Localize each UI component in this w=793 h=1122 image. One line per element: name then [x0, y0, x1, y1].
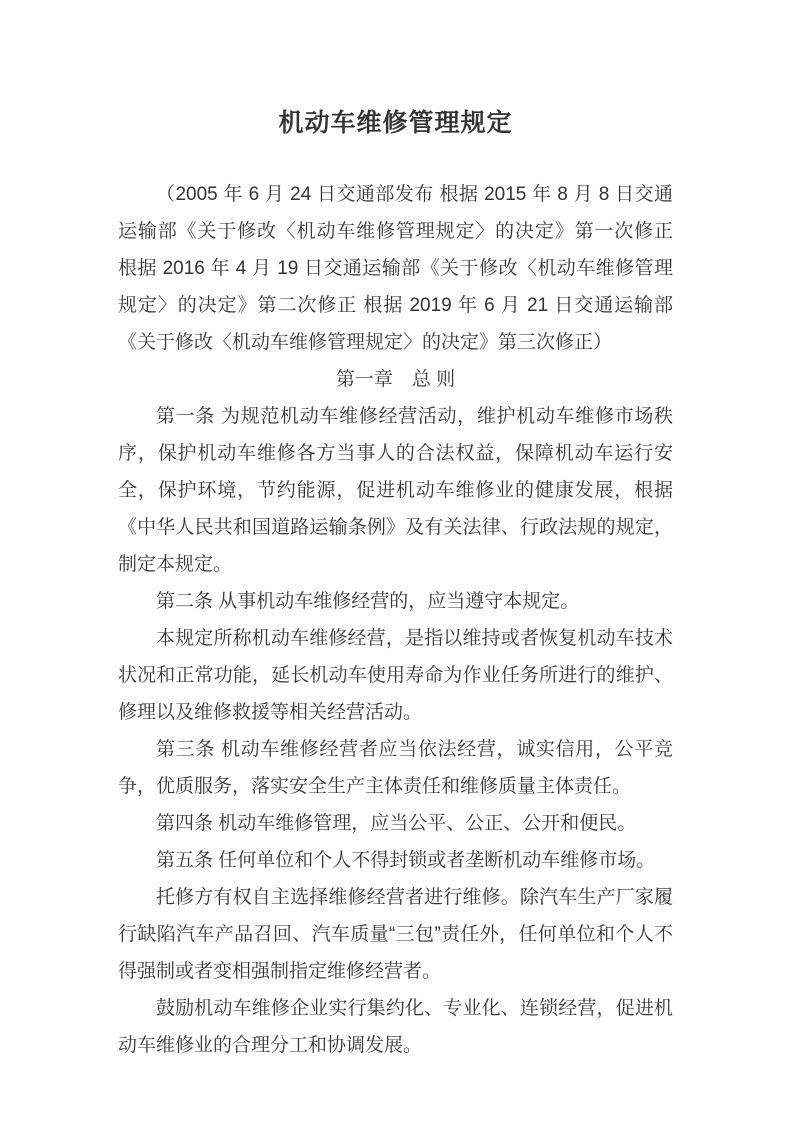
body-paragraph-article-5: 第五条 任何单位和个人不得封锁或者垄断机动车维修市场。: [118, 842, 673, 879]
preamble-paragraph: （2005 年 6 月 24 日交通部发布 根据 2015 年 8 月 8 日交…: [118, 176, 673, 361]
body-paragraph: 鼓励机动车维修企业实行集约化、专业化、连锁经营，促进机动车维修业的合理分工和协调…: [118, 990, 673, 1064]
body-paragraph: 本规定所称机动车维修经营，是指以维持或者恢复机动车技术状况和正常功能，延长机动车…: [118, 620, 673, 731]
body-paragraph: 托修方有权自主选择维修经营者进行维修。除汽车生产厂家履行缺陷汽车产品召回、汽车质…: [118, 879, 673, 990]
chapter-heading: 第一章 总 则: [118, 361, 673, 398]
body-paragraph-article-2: 第二条 从事机动车维修经营的，应当遵守本规定。: [118, 583, 673, 620]
document-body: （2005 年 6 月 24 日交通部发布 根据 2015 年 8 月 8 日交…: [118, 176, 673, 1064]
document-page: 机动车维修管理规定 （2005 年 6 月 24 日交通部发布 根据 2015 …: [0, 0, 793, 1122]
document-title: 机动车维修管理规定: [118, 103, 673, 143]
body-paragraph-article-1: 第一条 为规范机动车维修经营活动，维护机动车维修市场秩序，保护机动车维修各方当事…: [118, 398, 673, 583]
body-paragraph-article-4: 第四条 机动车维修管理，应当公平、公正、公开和便民。: [118, 805, 673, 842]
body-paragraph-article-3: 第三条 机动车维修经营者应当依法经营，诚实信用，公平竞争，优质服务，落实安全生产…: [118, 731, 673, 805]
